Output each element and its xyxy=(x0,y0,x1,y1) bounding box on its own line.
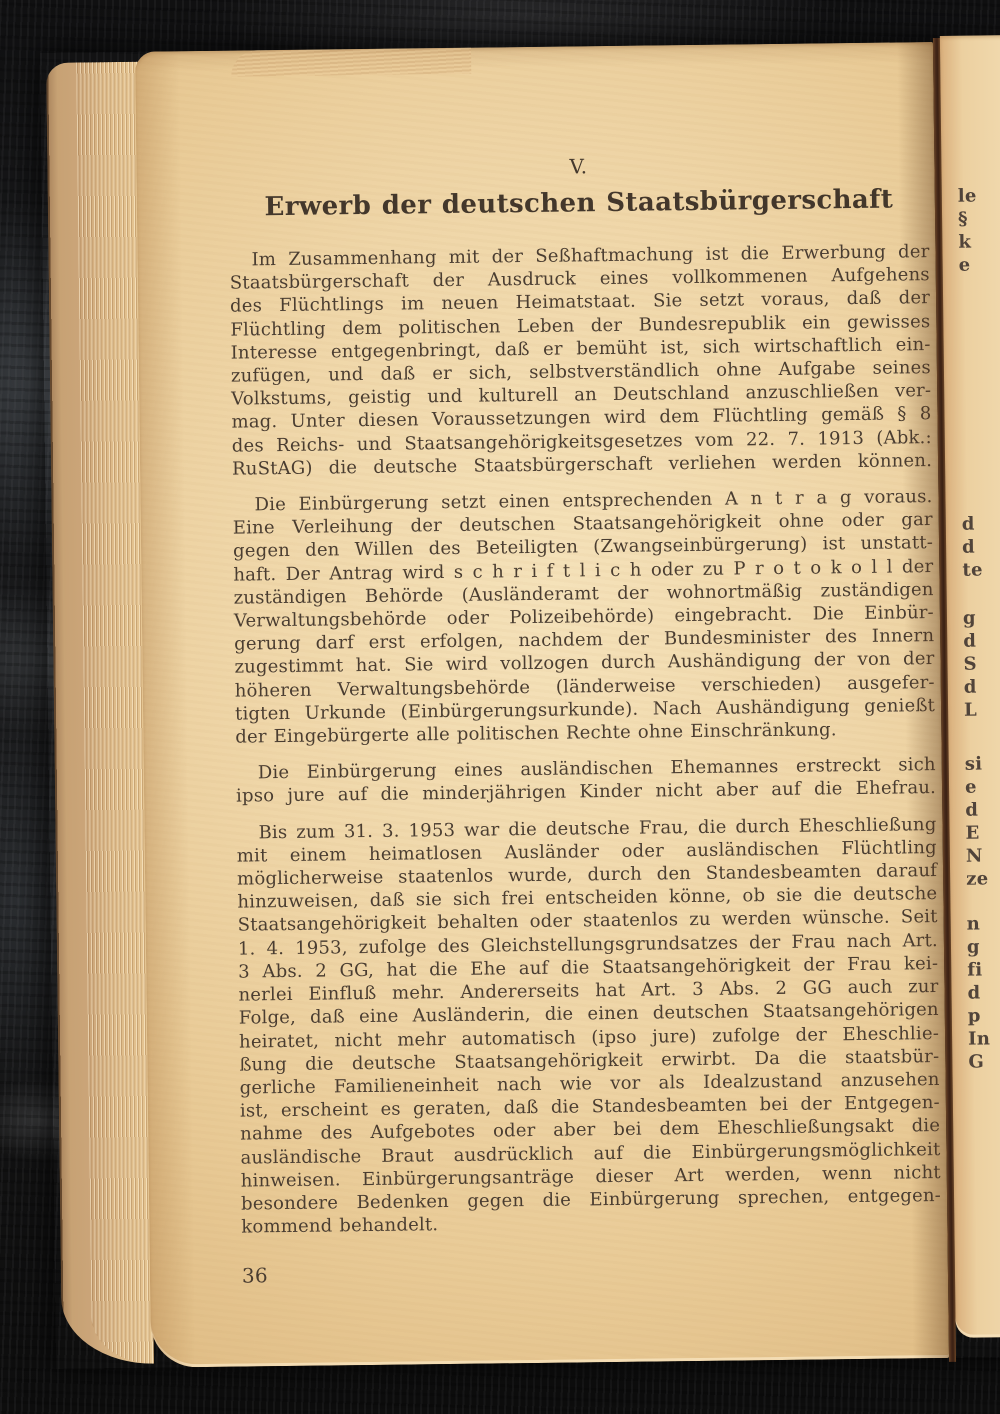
facing-page-text-fragment: si xyxy=(965,753,1000,776)
facing-page-text-fragment: e xyxy=(959,254,1000,277)
facing-page-text-fragment: e xyxy=(965,776,1000,799)
facing-page-text-fragment: S xyxy=(963,653,1000,676)
book-page: V. Erwerb der deutschen Staatsbürgerscha… xyxy=(135,42,949,1368)
body-text: Im Zusammenhang mit der Seßhaftmachung i… xyxy=(229,240,941,1239)
facing-page-text-fragment: In xyxy=(968,1028,1000,1051)
facing-page-text-fragment: p xyxy=(968,1005,1000,1028)
facing-page-text-fragment: d xyxy=(962,536,1000,559)
facing-page-text-fragment: § xyxy=(958,208,1000,231)
page-stack-top-edge xyxy=(231,48,471,77)
facing-page-text-fragment: le xyxy=(958,185,1000,208)
facing-page-text-fragment: d xyxy=(963,630,1000,653)
facing-page-text-fragment: d xyxy=(962,513,1000,536)
facing-page-text-fragment: fi xyxy=(967,959,1000,982)
facing-page-text-fragment: G xyxy=(968,1051,1000,1074)
chapter-title: Erwerb der deutschen Staatsbürgerschaft xyxy=(229,182,929,225)
facing-page-text-fragment: g xyxy=(967,936,1000,959)
photo-of-open-book: V. Erwerb der deutschen Staatsbürgerscha… xyxy=(0,0,1000,1414)
paragraph: Im Zusammenhang mit der Seßhaftmachung i… xyxy=(229,240,932,481)
book: V. Erwerb der deutschen Staatsbürgerscha… xyxy=(40,41,1000,1369)
facing-page-text-fragment: g xyxy=(963,607,1000,630)
facing-page-text-fragment: d xyxy=(967,982,1000,1005)
paragraph: Bis zum 31. 3. 1953 war die deutsche Fra… xyxy=(236,813,941,1239)
facing-page-text-fragment: k xyxy=(958,231,1000,254)
facing-page-text-fragment: te xyxy=(962,559,1000,582)
page-text-column: V. Erwerb der deutschen Staatsbürgerscha… xyxy=(228,150,942,1288)
facing-page-text-fragment: d xyxy=(965,799,1000,822)
facing-page-text-fragment: N xyxy=(966,845,1000,868)
paragraph: Die Einbürgerung eines ausländischen Ehe… xyxy=(236,753,937,808)
facing-page-text-fragment: E xyxy=(965,822,1000,845)
section-number: V. xyxy=(228,150,928,183)
facing-page-text-fragment: ze xyxy=(966,868,1000,891)
facing-page-text-fragment: n xyxy=(967,913,1000,936)
facing-page-text-fragment: L xyxy=(964,699,1000,722)
facing-page-text-fragment: d xyxy=(964,676,1000,699)
paragraph: Die Einbürgerung setzt einen entsprechen… xyxy=(232,485,935,749)
page-number: 36 xyxy=(242,1256,942,1288)
